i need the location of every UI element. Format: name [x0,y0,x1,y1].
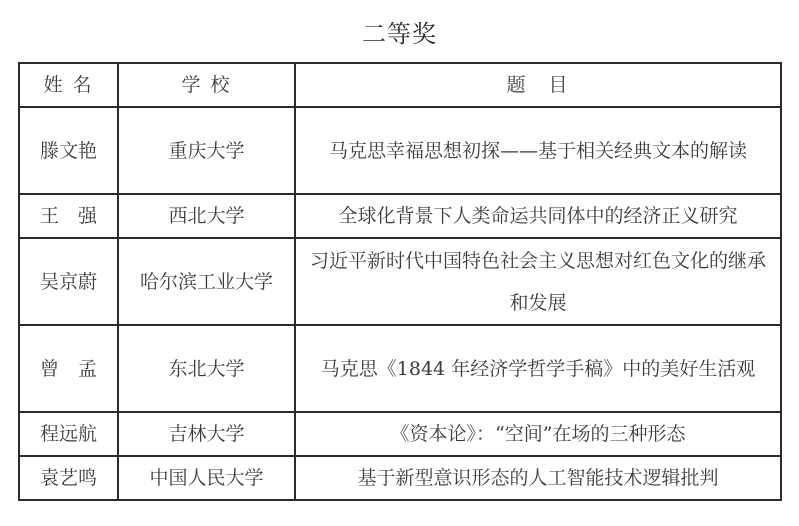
table-row: 滕文艳 重庆大学 马克思幸福思想初探——基于相关经典文本的解读 [19,107,781,194]
cell-topic: 基于新型意识形态的人工智能技术逻辑批判 [295,456,781,500]
table-header-row: 姓 名 学 校 题 目 [19,63,781,107]
table-row: 袁艺鸣 中国人民大学 基于新型意识形态的人工智能技术逻辑批判 [19,456,781,500]
cell-topic: 习近平新时代中国特色社会主义思想对红色文化的继承和发展 [295,238,781,325]
table-row: 曾 孟 东北大学 马克思《1844 年经济学哲学手稿》中的美好生活观 [19,325,781,412]
cell-topic: 《资本论》：“空间”在场的三种形态 [295,412,781,456]
cell-topic: 马克思幸福思想初探——基于相关经典文本的解读 [295,107,781,194]
cell-name: 王 强 [19,194,118,238]
header-name: 姓 名 [19,63,118,107]
cell-name: 袁艺鸣 [19,456,118,500]
header-school: 学 校 [118,63,295,107]
award-table: 姓 名 学 校 题 目 滕文艳 重庆大学 马克思幸福思想初探——基于相关经典文本… [18,62,782,501]
cell-school: 中国人民大学 [118,456,295,500]
cell-name: 程远航 [19,412,118,456]
cell-school: 重庆大学 [118,107,295,194]
table-row: 程远航 吉林大学 《资本论》：“空间”在场的三种形态 [19,412,781,456]
cell-topic: 全球化背景下人类命运共同体中的经济正义研究 [295,194,781,238]
cell-topic: 马克思《1844 年经济学哲学手稿》中的美好生活观 [295,325,781,412]
cell-name: 曾 孟 [19,325,118,412]
cell-school: 吉林大学 [118,412,295,456]
table-row: 王 强 西北大学 全球化背景下人类命运共同体中的经济正义研究 [19,194,781,238]
table-row: 吴京蔚 哈尔滨工业大学 习近平新时代中国特色社会主义思想对红色文化的继承和发展 [19,238,781,325]
cell-school: 哈尔滨工业大学 [118,238,295,325]
cell-school: 东北大学 [118,325,295,412]
award-title: 二等奖 [0,14,799,49]
cell-name: 滕文艳 [19,107,118,194]
cell-name: 吴京蔚 [19,238,118,325]
header-topic: 题 目 [295,63,781,107]
cell-school: 西北大学 [118,194,295,238]
